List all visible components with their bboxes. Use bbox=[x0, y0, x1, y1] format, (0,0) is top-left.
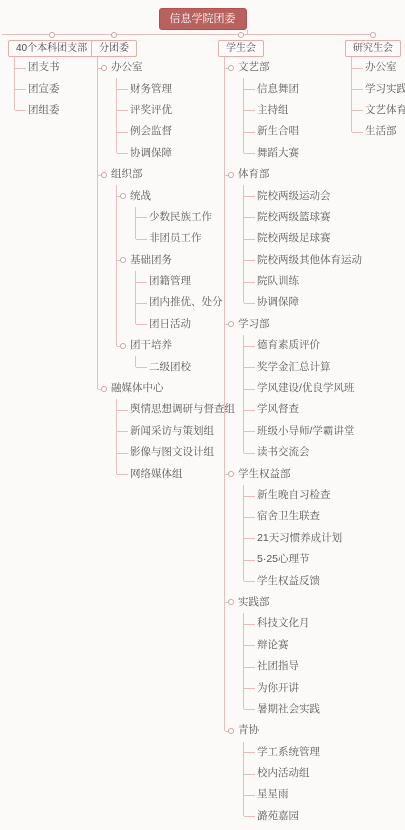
collapse-circle-icon[interactable] bbox=[120, 193, 126, 199]
tree-node-row[interactable]: 融媒体中心 bbox=[97, 378, 235, 399]
tree-node-row[interactable]: 暑期社会实践 bbox=[243, 699, 362, 720]
tree-node-label: 院校两级运动会 bbox=[257, 190, 331, 203]
tree-node-label: 团支书 bbox=[28, 61, 60, 74]
branch-column: 学生会文艺部信息舞团主持组新生合唱舞蹈大赛体育部院校两级运动会院校两级篮球赛院校… bbox=[218, 38, 362, 827]
root-connector-stub bbox=[247, 30, 248, 35]
branch-node-label: 研究生会 bbox=[353, 43, 393, 54]
tree-node-label: 校内活动组 bbox=[257, 767, 310, 780]
tree-node: 学风督查 bbox=[243, 399, 362, 420]
tree-node-label: 5·25心理节 bbox=[257, 553, 310, 566]
tree-node: 学生权益部新生晚自习检查宿舍卫生联查21天习惯养成计划5·25心理节学生权益反馈 bbox=[224, 463, 362, 591]
tree-node-label: 新生晚自习检查 bbox=[257, 489, 331, 502]
tree-node-label: 学风督查 bbox=[257, 403, 299, 416]
tree-node: 协调保障 bbox=[243, 292, 362, 313]
tree-node-label: 新闻采访与策划组 bbox=[130, 425, 214, 438]
tree-node-label: 少数民族工作 bbox=[149, 211, 212, 224]
tree-node-label: 统战 bbox=[130, 190, 151, 203]
tree-node-label: 辩论赛 bbox=[257, 639, 289, 652]
root-node[interactable]: 信息学院团委 bbox=[159, 8, 247, 30]
tree-node-label: 实践部 bbox=[238, 596, 270, 609]
tree-node-row[interactable]: 学生权益反馈 bbox=[243, 570, 362, 591]
tree-node-row[interactable]: 院校两级其他体育运动 bbox=[243, 250, 362, 271]
collapse-circle-icon[interactable] bbox=[228, 728, 234, 734]
tree-node: 生活部 bbox=[351, 121, 405, 142]
tree-node: 融媒体中心舆情思想调研与督查组新闻采访与策划组影像与图文设计组网络媒体组 bbox=[97, 378, 235, 485]
collapse-circle-icon[interactable] bbox=[120, 343, 126, 349]
tree-node-row[interactable]: 团组委 bbox=[14, 100, 95, 121]
collapse-circle-icon[interactable] bbox=[101, 65, 107, 71]
tree-node: 德育素质评价 bbox=[243, 335, 362, 356]
collapse-circle-icon[interactable] bbox=[228, 599, 234, 605]
branch-node-label: 分团委 bbox=[99, 43, 129, 54]
collapse-circle-icon[interactable] bbox=[120, 257, 126, 263]
tree-children-group: 新生晚自习检查宿舍卫生联查21天习惯养成计划5·25心理节学生权益反馈 bbox=[243, 485, 362, 592]
tree-node-label: 团干培养 bbox=[130, 339, 172, 352]
tree-node-label: 团内推优、处分 bbox=[149, 296, 223, 309]
branch-column: 40个本科团支部团支书团宣委团组委 bbox=[8, 38, 95, 121]
tree-node-row[interactable]: 奖学金汇总计算 bbox=[243, 356, 362, 377]
tree-node: 文艺体育 bbox=[351, 100, 405, 121]
tree-node-label: 为你开讲 bbox=[257, 682, 299, 695]
tree-node: 奖学金汇总计算 bbox=[243, 356, 362, 377]
tree-node: 学工系统管理 bbox=[243, 742, 362, 763]
tree-node-label: 非团员工作 bbox=[149, 232, 202, 245]
tree-node: 学风建设/优良学风班 bbox=[243, 378, 362, 399]
tree-node: 院校两级运动会 bbox=[243, 185, 362, 206]
collapse-circle-icon[interactable] bbox=[228, 65, 234, 71]
tree-node-label: 科技文化月 bbox=[257, 617, 310, 630]
tree-node: 团宣委 bbox=[14, 78, 95, 99]
tree-node-row[interactable]: 为你开讲 bbox=[243, 677, 362, 698]
tree-node-label: 学习部 bbox=[238, 318, 270, 331]
tree-children-group: 院校两级运动会院校两级篮球赛院校两级足球赛院校两级其他体育运动院队训练协调保障 bbox=[243, 185, 362, 313]
tree-node-row[interactable]: 生活部 bbox=[351, 121, 405, 142]
branch-tree: 团支书团宣委团组委 bbox=[14, 57, 95, 121]
branch-column: 分团委办公室财务管理评奖评优例会监督协调保障组织部统战少数民族工作非团员工作基础… bbox=[91, 38, 235, 485]
tree-node-label: 德育素质评价 bbox=[257, 339, 320, 352]
tree-node-label: 班级小导师/学霸讲堂 bbox=[257, 425, 354, 438]
tree-node-label: 团籍管理 bbox=[149, 275, 191, 288]
tree-node-row[interactable]: 办公室 bbox=[97, 57, 235, 78]
tree-node-label: 奖学金汇总计算 bbox=[257, 361, 331, 374]
tree-node-row[interactable]: 院校两级运动会 bbox=[243, 185, 362, 206]
collapse-circle-icon[interactable] bbox=[101, 172, 107, 178]
collapse-circle-icon[interactable] bbox=[228, 471, 234, 477]
tree-node-label: 影像与图文设计组 bbox=[130, 446, 214, 459]
tree-node-row[interactable]: 21天习惯养成计划 bbox=[243, 528, 362, 549]
tree-node: 院校两级篮球赛 bbox=[243, 207, 362, 228]
tree-node-row[interactable]: 学习部 bbox=[224, 314, 362, 335]
tree-node-row[interactable]: 学风建设/优良学风班 bbox=[243, 378, 362, 399]
tree-node-row[interactable]: 舞蹈大赛 bbox=[243, 143, 362, 164]
tree-node-label: 学生权益反馈 bbox=[257, 575, 320, 588]
tree-node-label: 院校两级其他体育运动 bbox=[257, 254, 362, 267]
tree-node-row[interactable]: 辩论赛 bbox=[243, 635, 362, 656]
tree-node-label: 协调保障 bbox=[130, 147, 172, 160]
tree-node: 学习部德育素质评价奖学金汇总计算学风建设/优良学风班学风督查班级小导师/学霸讲堂… bbox=[224, 314, 362, 464]
tree-node-label: 融媒体中心 bbox=[111, 382, 164, 395]
tree-node-row[interactable]: 新生晚自习检查 bbox=[243, 485, 362, 506]
tree-node-row[interactable]: 潞苑嘉园 bbox=[243, 806, 362, 827]
branch-node[interactable]: 研究生会 bbox=[345, 40, 401, 57]
tree-node: 5·25心理节 bbox=[243, 549, 362, 570]
tree-node-label: 读书交流会 bbox=[257, 446, 310, 459]
tree-node-label: 基础团务 bbox=[130, 254, 172, 267]
tree-node-row[interactable]: 读书交流会 bbox=[243, 442, 362, 463]
tree-node-row[interactable]: 宿舍卫生联查 bbox=[243, 506, 362, 527]
tree-node-row[interactable]: 学习实践 bbox=[351, 78, 405, 99]
tree-node: 暑期社会实践 bbox=[243, 699, 362, 720]
tree-node: 21天习惯养成计划 bbox=[243, 528, 362, 549]
tree-node: 体育部院校两级运动会院校两级篮球赛院校两级足球赛院校两级其他体育运动院队训练协调… bbox=[224, 164, 362, 314]
tree-node-row[interactable]: 青协 bbox=[224, 720, 362, 741]
tree-node-row[interactable]: 团宣委 bbox=[14, 78, 95, 99]
tree-node-label: 院校两级足球赛 bbox=[257, 232, 331, 245]
branch-tree: 文艺部信息舞团主持组新生合唱舞蹈大赛体育部院校两级运动会院校两级篮球赛院校两级足… bbox=[224, 57, 362, 827]
tree-node-label: 文艺部 bbox=[238, 61, 270, 74]
tree-node-label: 青协 bbox=[238, 724, 259, 737]
tree-node: 读书交流会 bbox=[243, 442, 362, 463]
tree-node-label: 团宣委 bbox=[28, 83, 60, 96]
tree-node: 团组委 bbox=[14, 100, 95, 121]
tree-node-label: 舞蹈大赛 bbox=[257, 147, 299, 160]
tree-node-row[interactable]: 班级小导师/学霸讲堂 bbox=[243, 421, 362, 442]
branch-collapse-circle-icon[interactable] bbox=[238, 32, 244, 38]
tree-node-label: 社团指导 bbox=[257, 660, 299, 673]
tree-children-group: 科技文化月辩论赛社团指导为你开讲暑期社会实践 bbox=[243, 613, 362, 720]
branch-node[interactable]: 40个本科团支部 bbox=[8, 40, 95, 57]
branch-node-label: 40个本科团支部 bbox=[16, 43, 87, 54]
tree-node-label: 办公室 bbox=[111, 61, 143, 74]
org-chart-canvas: 信息学院团委 40个本科团支部团支书团宣委团组委分团委办公室财务管理评奖评优例会… bbox=[0, 0, 405, 830]
tree-node: 星星雨 bbox=[243, 784, 362, 805]
tree-node-row[interactable]: 星星雨 bbox=[243, 784, 362, 805]
tree-node-row[interactable]: 文艺体育 bbox=[351, 100, 405, 121]
tree-node-row[interactable]: 学生权益部 bbox=[224, 463, 362, 484]
tree-node-label: 主持组 bbox=[257, 104, 289, 117]
tree-node-label: 财务管理 bbox=[130, 83, 172, 96]
tree-node-row[interactable]: 院校两级篮球赛 bbox=[243, 207, 362, 228]
tree-node-label: 新生合唱 bbox=[257, 125, 299, 138]
tree-node: 学生权益反馈 bbox=[243, 570, 362, 591]
tree-node: 科技文化月 bbox=[243, 613, 362, 634]
tree-node: 校内活动组 bbox=[243, 763, 362, 784]
tree-node-label: 办公室 bbox=[365, 61, 397, 74]
tree-node-row[interactable]: 学工系统管理 bbox=[243, 742, 362, 763]
branch-node[interactable]: 学生会 bbox=[218, 40, 264, 57]
tree-node-row[interactable]: 文艺部 bbox=[224, 57, 362, 78]
collapse-circle-icon[interactable] bbox=[228, 321, 234, 327]
connector-bus-line bbox=[2, 34, 373, 35]
tree-node-label: 二级团校 bbox=[149, 361, 191, 374]
branch-column: 研究生会办公室学习实践文艺体育生活部 bbox=[345, 38, 405, 143]
tree-node-row[interactable]: 德育素质评价 bbox=[243, 335, 362, 356]
tree-node: 团支书 bbox=[14, 57, 95, 78]
collapse-circle-icon[interactable] bbox=[228, 172, 234, 178]
tree-node-row[interactable]: 5·25心理节 bbox=[243, 549, 362, 570]
tree-node-label: 院校两级篮球赛 bbox=[257, 211, 331, 224]
tree-node: 实践部科技文化月辩论赛社团指导为你开讲暑期社会实践 bbox=[224, 592, 362, 720]
tree-node-row[interactable]: 体育部 bbox=[224, 164, 362, 185]
tree-node-row[interactable]: 办公室 bbox=[351, 57, 405, 78]
tree-node-label: 例会监督 bbox=[130, 125, 172, 138]
tree-node: 辩论赛 bbox=[243, 635, 362, 656]
tree-node: 学习实践 bbox=[351, 78, 405, 99]
tree-node-label: 文艺体育 bbox=[365, 104, 405, 117]
tree-node-label: 信息舞团 bbox=[257, 83, 299, 96]
tree-node: 班级小导师/学霸讲堂 bbox=[243, 421, 362, 442]
tree-node-label: 团日活动 bbox=[149, 318, 191, 331]
branch-tree: 办公室财务管理评奖评优例会监督协调保障组织部统战少数民族工作非团员工作基础团务团… bbox=[97, 57, 235, 485]
branch-node-label: 学生会 bbox=[226, 43, 256, 54]
tree-node-label: 生活部 bbox=[365, 125, 397, 138]
tree-node: 潞苑嘉园 bbox=[243, 806, 362, 827]
root-node-label: 信息学院团委 bbox=[170, 13, 236, 25]
tree-node: 社团指导 bbox=[243, 656, 362, 677]
branch-node[interactable]: 分团委 bbox=[91, 40, 137, 57]
tree-node: 院队训练 bbox=[243, 271, 362, 292]
tree-node-row[interactable]: 院队训练 bbox=[243, 271, 362, 292]
tree-node-label: 组织部 bbox=[111, 168, 143, 181]
branch-collapse-circle-icon[interactable] bbox=[370, 32, 376, 38]
tree-node: 宿舍卫生联查 bbox=[243, 506, 362, 527]
tree-node-label: 学习实践 bbox=[365, 83, 405, 96]
tree-node-label: 暑期社会实践 bbox=[257, 703, 320, 716]
tree-node: 院校两级足球赛 bbox=[243, 228, 362, 249]
tree-node-row[interactable]: 协调保障 bbox=[243, 292, 362, 313]
tree-node-label: 星星雨 bbox=[257, 788, 289, 801]
tree-node-row[interactable]: 实践部 bbox=[224, 592, 362, 613]
tree-node-label: 学生权益部 bbox=[238, 468, 291, 481]
tree-node-row[interactable]: 科技文化月 bbox=[243, 613, 362, 634]
tree-node: 组织部统战少数民族工作非团员工作基础团务团籍管理团内推优、处分团日活动团干培养二… bbox=[97, 164, 235, 378]
branch-collapse-circle-icon[interactable] bbox=[49, 32, 55, 38]
tree-node-row[interactable]: 院校两级足球赛 bbox=[243, 228, 362, 249]
tree-node-label: 潞苑嘉园 bbox=[257, 810, 299, 823]
tree-node: 院校两级其他体育运动 bbox=[243, 250, 362, 271]
tree-node: 青协学工系统管理校内活动组星星雨潞苑嘉园 bbox=[224, 720, 362, 827]
collapse-circle-icon[interactable] bbox=[101, 386, 107, 392]
tree-node-row[interactable]: 组织部 bbox=[97, 164, 235, 185]
tree-node-label: 宿舍卫生联查 bbox=[257, 510, 320, 523]
tree-node: 文艺部信息舞团主持组新生合唱舞蹈大赛 bbox=[224, 57, 362, 164]
tree-node-row[interactable]: 校内活动组 bbox=[243, 763, 362, 784]
tree-node: 舞蹈大赛 bbox=[243, 143, 362, 164]
branch-collapse-circle-icon[interactable] bbox=[111, 32, 117, 38]
tree-node-row[interactable]: 团支书 bbox=[14, 57, 95, 78]
branch-tree: 办公室学习实践文艺体育生活部 bbox=[351, 57, 405, 143]
tree-node-row[interactable]: 社团指导 bbox=[243, 656, 362, 677]
tree-node-label: 院队训练 bbox=[257, 275, 299, 288]
tree-node-label: 团组委 bbox=[28, 104, 60, 117]
tree-node-label: 网络媒体组 bbox=[130, 468, 183, 481]
tree-node: 办公室财务管理评奖评优例会监督协调保障 bbox=[97, 57, 235, 164]
tree-children-group: 德育素质评价奖学金汇总计算学风建设/优良学风班学风督查班级小导师/学霸讲堂读书交… bbox=[243, 335, 362, 463]
tree-children-group: 学工系统管理校内活动组星星雨潞苑嘉园 bbox=[243, 742, 362, 828]
tree-node: 为你开讲 bbox=[243, 677, 362, 698]
tree-node-label: 评奖评优 bbox=[130, 104, 172, 117]
tree-node-label: 21天习惯养成计划 bbox=[257, 532, 342, 545]
tree-node-label: 协调保障 bbox=[257, 296, 299, 309]
tree-node-label: 学风建设/优良学风班 bbox=[257, 382, 354, 395]
tree-node-row[interactable]: 学风督查 bbox=[243, 399, 362, 420]
tree-node: 办公室 bbox=[351, 57, 405, 78]
tree-node-label: 体育部 bbox=[238, 168, 270, 181]
tree-node: 新生晚自习检查 bbox=[243, 485, 362, 506]
tree-node-label: 学工系统管理 bbox=[257, 746, 320, 759]
